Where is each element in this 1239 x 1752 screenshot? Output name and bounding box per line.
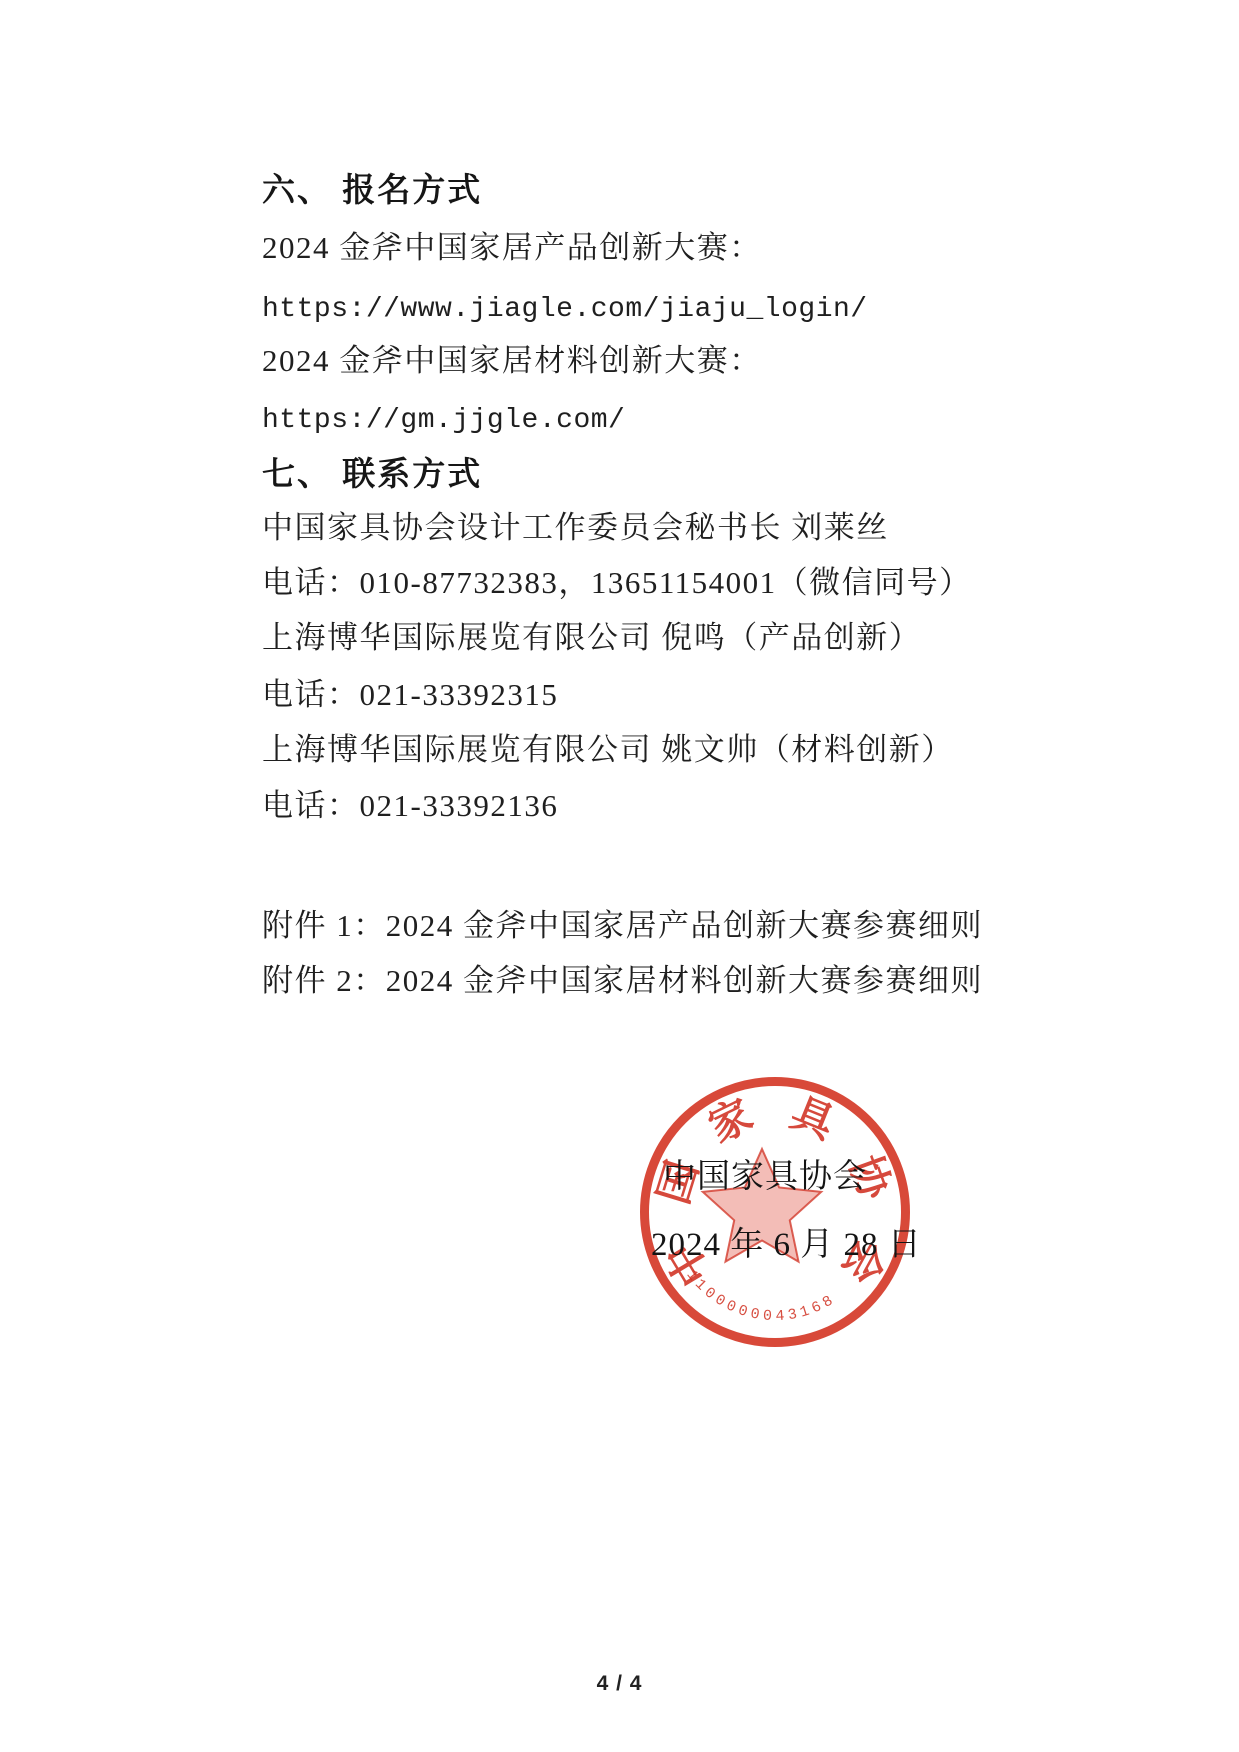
contact-person-2: 上海博华国际展览有限公司 倪鸣（产品创新） (262, 619, 921, 656)
contact-phone-3: 电话：021-33392136 (262, 787, 558, 824)
page-number: 4 / 4 (0, 1672, 1239, 1696)
contest-material-url: https://gm.jjgle.com/ (262, 404, 625, 438)
contact-person-1: 中国家具协会设计工作委员会秘书长 刘莱丝 (262, 509, 889, 546)
signature-date: 2024 年 6 月 28 日 (651, 1218, 922, 1265)
seal-star-and-serial: 1100000043168 (600, 1040, 960, 1380)
attachment-2: 附件 2：2024 金斧中国家居材料创新大赛参赛细则 (262, 962, 983, 999)
attachment-1: 附件 1：2024 金斧中国家居产品创新大赛参赛细则 (262, 907, 983, 944)
contact-phone-2: 电话：021-33392315 (262, 676, 558, 713)
signature-organization: 中国家具协会 (663, 1150, 867, 1197)
contest-product-url: https://www.jiagle.com/jiaju_login/ (262, 293, 868, 327)
contest-material-label: 2024 金斧中国家居材料创新大赛： (262, 342, 762, 379)
svg-text:1100000043168: 1100000043168 (683, 1267, 840, 1325)
contact-person-3: 上海博华国际展览有限公司 姚文帅（材料创新） (262, 731, 954, 768)
section-6-heading: 六、 报名方式 (262, 172, 482, 212)
document-page: 六、 报名方式 2024 金斧中国家居产品创新大赛： https://www.j… (0, 0, 1239, 1752)
seal-serial-number: 1100000043168 (683, 1267, 840, 1325)
section-7-heading: 七、 联系方式 (262, 456, 482, 496)
contest-product-label: 2024 金斧中国家居产品创新大赛： (262, 229, 762, 266)
contact-phone-1: 电话：010-87732383，13651154001（微信同号） (262, 564, 972, 601)
